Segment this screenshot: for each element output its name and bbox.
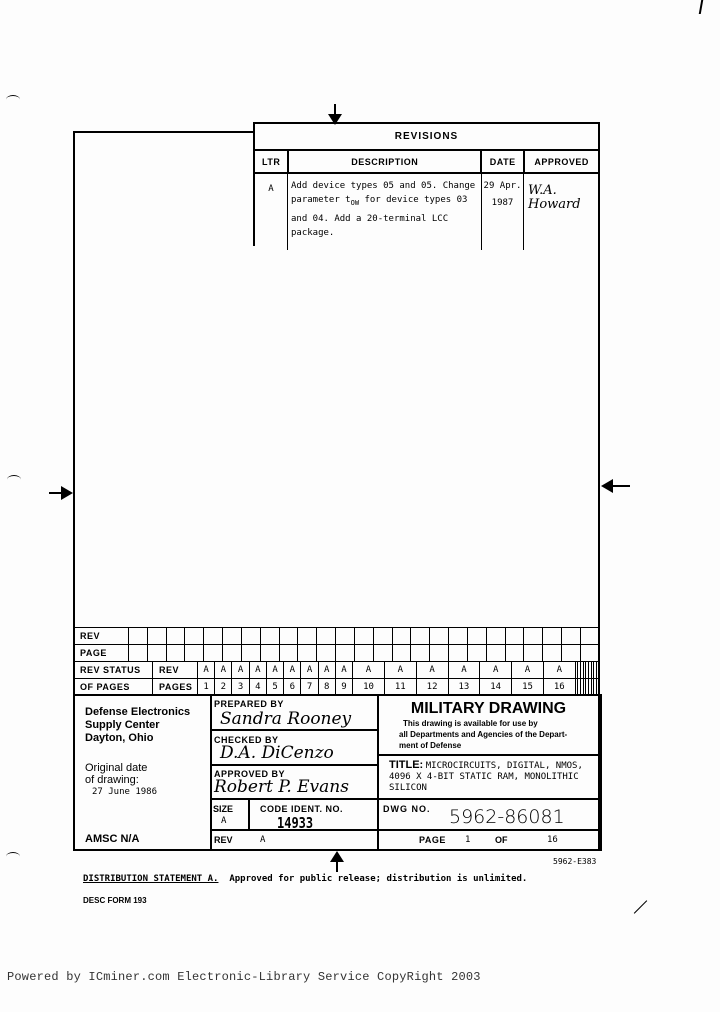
right-arrow	[612, 485, 630, 487]
rev-cell: A	[232, 662, 249, 679]
rev-cell: A	[416, 662, 448, 679]
page-cell: 15	[512, 679, 544, 696]
desc-text: parameter t	[291, 195, 351, 205]
page-value: 1	[465, 835, 470, 845]
rev-cell: A	[215, 662, 232, 679]
drawing-info-column: MILITARY DRAWING This drawing is availab…	[377, 696, 600, 849]
rev-value: A	[260, 835, 265, 845]
approved-by-signature: Robert P. Evans	[214, 777, 349, 797]
desc-form-label: DESC FORM 193	[83, 896, 147, 905]
checked-by-signature: D.A. DiCenzo	[220, 743, 334, 763]
page-cell: PAGE 1 OF 16	[377, 831, 600, 849]
desc-text: for device types 03	[359, 195, 467, 205]
dwg-no-label: DWG NO.	[383, 804, 431, 814]
title-line: 4096 X 4-BIT STATIC RAM, MONOLITHIC	[389, 772, 583, 783]
availability-text: all Departments and Agencies of the Depa…	[399, 729, 567, 751]
page-cell: 5	[266, 679, 283, 696]
title-line: SILICON	[389, 783, 583, 794]
revisions-header: LTR DESCRIPTION DATE APPROVED	[255, 151, 598, 174]
date-line: 1987	[482, 193, 523, 210]
page-cell: 2	[215, 679, 232, 696]
title-cell: TITLE: MICROCIRCUITS, DIGITAL, NMOS, 409…	[377, 756, 600, 800]
size-label: SIZE	[213, 804, 233, 814]
revisions-title: REVISIONS	[255, 124, 598, 151]
of-pages-label: OF PAGES	[74, 679, 153, 696]
page-label: PAGE	[419, 835, 446, 845]
revision-description: Add device types 05 and 05. Change param…	[288, 174, 482, 250]
page-cell: 9	[335, 679, 352, 696]
rev-cell: A	[249, 662, 266, 679]
original-date: 27 June 1986	[85, 786, 157, 798]
approved-by-cell: APPROVED BY Robert P. Evans	[210, 766, 377, 800]
page-cell: 12	[416, 679, 448, 696]
prepared-by-cell: PREPARED BY Sandra Rooney	[210, 696, 377, 731]
date-line: 29 Apr.	[482, 179, 523, 193]
code-ident-cell: CODE IDENT. NO. 14933	[250, 800, 377, 831]
rev-cell: A	[512, 662, 544, 679]
original-date-block: Original date of drawing: 27 June 1986	[85, 762, 157, 798]
rev-cell: A	[543, 662, 575, 679]
code-ident-label: CODE IDENT. NO.	[260, 804, 343, 814]
dwg-no-value: 5962-86081	[449, 806, 565, 828]
distribution-text: Approved for public release; distributio…	[229, 874, 527, 884]
left-arrow-head	[61, 486, 73, 500]
military-drawing-heading: MILITARY DRAWING	[377, 700, 600, 718]
size-cell: SIZE A	[210, 800, 250, 831]
rev-cell: A	[448, 662, 480, 679]
desc-line: parameter tOW for device types 03	[291, 193, 481, 210]
revision-approved-signature: W.A. Howard	[524, 174, 598, 250]
page-cell: 7	[301, 679, 318, 696]
availability-line: all Departments and Agencies of the Depa…	[399, 729, 567, 740]
page-cell: 1	[198, 679, 215, 696]
scan-mark	[634, 900, 647, 913]
drawing-frame-top	[73, 131, 255, 133]
rev-cell: A	[301, 662, 318, 679]
revisions-table: REVISIONS LTR DESCRIPTION DATE APPROVED …	[253, 122, 600, 246]
original-date-label: Original date	[85, 762, 157, 774]
header-date: DATE	[482, 151, 525, 172]
page-label: PAGE	[74, 645, 129, 662]
rev-cell: REV A	[210, 831, 377, 849]
rev-grid-row: REV	[74, 628, 600, 645]
military-drawing-cell: MILITARY DRAWING This drawing is availab…	[377, 696, 600, 756]
punch-mark	[7, 475, 21, 484]
rev-status-row: REV STATUS REV A A A A A A A A A A A A A…	[74, 662, 600, 679]
page-cell: 11	[384, 679, 416, 696]
page-cell: 6	[284, 679, 301, 696]
page-cell: 14	[480, 679, 512, 696]
title-line: MICROCIRCUITS, DIGITAL, NMOS,	[426, 761, 583, 771]
scan-mark	[699, 0, 703, 14]
page-grid-row: PAGE	[74, 645, 600, 662]
checked-by-cell: CHECKED BY D.A. DiCenzo	[210, 731, 377, 766]
title-block: Defense Electronics Supply Center Dayton…	[73, 694, 602, 851]
watermark-text: Powered by ICminer.com Electronic-Librar…	[7, 970, 481, 984]
availability-text: This drawing is available for use by	[403, 718, 538, 729]
agency-line: Defense Electronics	[85, 706, 190, 719]
page-cell: 16	[543, 679, 575, 696]
rev-cell: A	[284, 662, 301, 679]
rev-label: REV	[214, 835, 233, 845]
of-label: OF	[495, 835, 508, 845]
desc-line: and 04. Add a 20-terminal LCC	[291, 210, 481, 226]
desc-subscript: OW	[351, 199, 359, 207]
rev-page-grid: REV PAGE	[73, 627, 600, 662]
rev-cell: A	[384, 662, 416, 679]
page-cell: 13	[448, 679, 480, 696]
form-code: 5962-E383	[553, 857, 596, 866]
rev-status-label: REV STATUS	[74, 662, 153, 679]
signatures-column: PREPARED BY Sandra Rooney CHECKED BY D.A…	[210, 696, 379, 849]
revision-row: A Add device types 05 and 05. Change par…	[255, 174, 598, 250]
rev-status-grid: REV STATUS REV A A A A A A A A A A A A A…	[73, 661, 600, 696]
desc-line: package.	[291, 226, 481, 240]
amsc: AMSC N/A	[85, 833, 139, 845]
size-value: A	[221, 816, 226, 826]
agency-line: Supply Center	[85, 719, 190, 732]
rev-label: REV	[74, 628, 129, 645]
bottom-center-arrow	[336, 860, 338, 872]
rev-cell: A	[198, 662, 215, 679]
availability-line: This drawing is available for use by	[403, 718, 538, 729]
availability-line: ment of Defense	[399, 740, 567, 751]
header-ltr: LTR	[255, 151, 289, 172]
rev-cell: A	[318, 662, 335, 679]
title-text: TITLE: MICROCIRCUITS, DIGITAL, NMOS, 409…	[389, 760, 583, 794]
punch-mark	[6, 95, 20, 104]
desc-line: Add device types 05 and 05. Change	[291, 179, 481, 193]
distribution-statement: DISTRIBUTION STATEMENT A. Approved for p…	[83, 874, 527, 884]
rev-cell: A	[266, 662, 283, 679]
page-cell: 8	[318, 679, 335, 696]
rev-row-label: REV	[153, 662, 198, 679]
rev-cell: A	[480, 662, 512, 679]
header-description: DESCRIPTION	[289, 151, 482, 172]
page-cell: 4	[249, 679, 266, 696]
total-pages-value: 16	[547, 835, 558, 845]
pages-row-label: PAGES	[153, 679, 198, 696]
original-date-label: of drawing:	[85, 774, 157, 786]
agency-column: Defense Electronics Supply Center Dayton…	[75, 696, 212, 849]
distribution-label: DISTRIBUTION STATEMENT A.	[83, 874, 218, 884]
prepared-by-signature: Sandra Rooney	[220, 709, 351, 729]
dwg-no-cell: DWG NO. 5962-86081	[377, 800, 600, 831]
rev-cell: A	[335, 662, 352, 679]
prepared-by-label: PREPARED BY	[214, 699, 284, 709]
code-ident-value: 14933	[277, 814, 313, 832]
page-cell: 10	[353, 679, 385, 696]
revision-ltr: A	[255, 174, 288, 250]
page-cell: 3	[232, 679, 249, 696]
title-label: TITLE:	[389, 759, 423, 771]
pages-row: OF PAGES PAGES 1 2 3 4 5 6 7 8 9 10 11 1…	[74, 679, 600, 696]
agency-line: Dayton, Ohio	[85, 732, 190, 745]
punch-mark	[6, 852, 20, 861]
rev-cell: A	[353, 662, 385, 679]
agency-name: Defense Electronics Supply Center Dayton…	[85, 706, 190, 745]
revision-date: 29 Apr. 1987	[482, 174, 524, 250]
header-approved: APPROVED	[525, 151, 598, 172]
